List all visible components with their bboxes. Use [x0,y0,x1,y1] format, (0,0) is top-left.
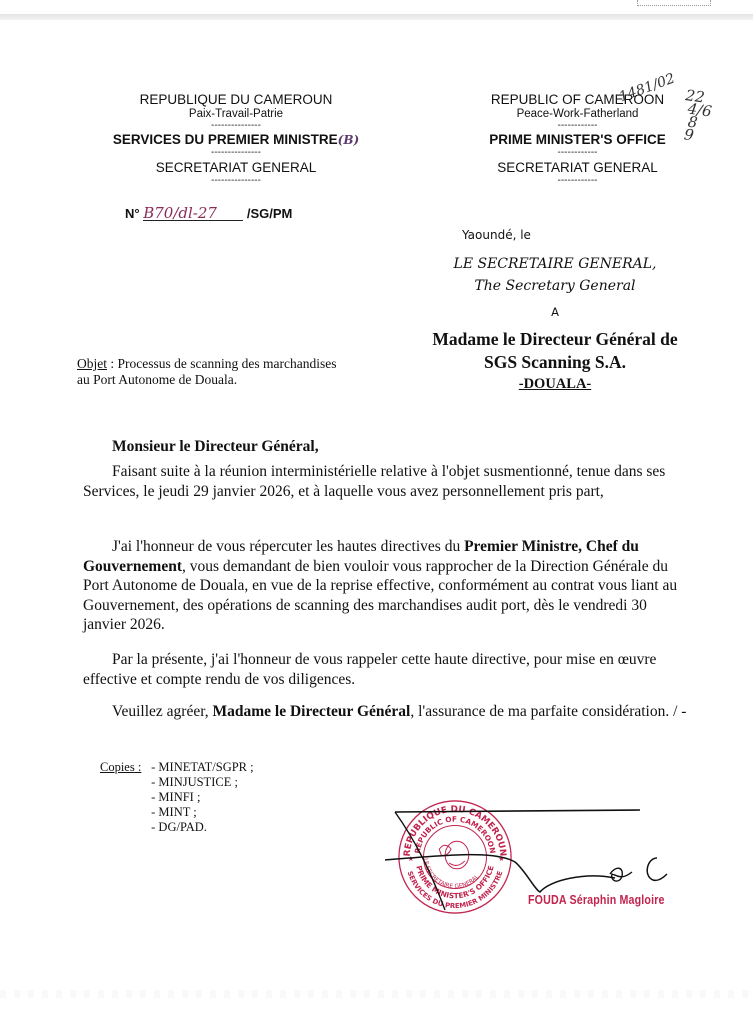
copy-recipient: - MINT ; [151,805,253,820]
page-marker [637,0,711,6]
subject-text: : Processus de scanning des marchandises [107,356,336,371]
copy-recipient: - MINETAT/SGPR ; [151,760,253,775]
separator: --------------- [96,148,376,157]
salutation: Monsieur le Directeur Général, [112,438,319,456]
department-en: SECRETARIAT GENERAL [455,160,700,176]
ref-prefix: N° [125,206,140,221]
department-fr: SECRETARIAT GENERAL [96,160,376,176]
ref-suffix: /SG/PM [247,206,293,221]
sender-title-en: The Secretary General [410,278,700,294]
copy-recipient: - DG/PAD. [151,820,253,835]
sender-title-fr: LE SECRETAIRE GENERAL, [410,256,700,272]
copies-label: Copies : [100,760,148,775]
copies-list: Copies : - MINETAT/SGPR ;- MINJUSTICE ;-… [100,760,254,835]
copy-recipient: - MINFI ; [151,790,253,805]
paragraph-4: Veuillez agréer, Madame le Directeur Gén… [83,702,693,722]
country-fr: REPUBLIQUE DU CAMEROUN [96,92,376,108]
separator: ------------ [455,121,700,130]
recipient-city: -DOUALA- [400,376,710,393]
reference-number: N° B70/dl-27 /SG/PM [125,206,292,221]
country-en: REPUBLIC OF CAMEROON [455,92,700,108]
p4-text: Veuillez agréer, [112,703,213,720]
ref-handwritten: B70/dl-27 [143,206,243,221]
header-left: REPUBLIQUE DU CAMEROUN Paix-Travail-Patr… [96,92,376,185]
separator: --------------- [96,121,376,130]
office-fr: SERVICES DU PREMIER MINISTRE(B) [96,132,376,148]
separator: --------------- [96,176,376,185]
paragraph-1: Faisant suite à la réunion interministér… [83,462,693,501]
office-en: PRIME MINISTER'S OFFICE [455,132,700,148]
copies-items: - MINETAT/SGPR ;- MINJUSTICE ;- MINFI ;-… [151,760,253,835]
p4-text-end: , l'assurance de ma parfaite considérati… [410,703,686,720]
city-text: -DOUALA- [519,376,592,392]
paragraph-2: J'ai l'honneur de vous répercuter les ha… [83,537,693,635]
subject-label: Objet [77,356,107,371]
p2-text: J'ai l'honneur de vous répercuter les ha… [112,538,464,555]
to-marker: A [410,305,700,319]
copy-recipient: - MINJUSTICE ; [151,775,253,790]
subject-text-2: au Port Autonome de Douala. [77,372,237,387]
separator: ------------ [455,148,700,157]
p4-bold: Madame le Directeur Général [213,703,411,720]
recipient-line1: Madame le Directeur Général de [400,329,710,350]
copies-label-text: Copies [100,760,135,774]
handwritten-initials: (B) [338,133,360,147]
recipient-line2: SGS Scanning S.A. [400,352,710,373]
place-date: Yaoundé, le [462,228,531,242]
header-right: REPUBLIC OF CAMEROON Peace-Work-Fatherla… [455,92,700,185]
subject: Objet : Processus de scanning des marcha… [77,356,397,388]
office-fr-text: SERVICES DU PREMIER MINISTRE [113,132,338,147]
scan-noise [0,990,753,998]
signatory-name: FOUDA Séraphin Magloire [528,892,665,907]
copies-colon: : [135,760,142,774]
separator: ------------ [455,176,700,185]
paragraph-3: Par la présente, j'ai l'honneur de vous … [83,650,693,689]
